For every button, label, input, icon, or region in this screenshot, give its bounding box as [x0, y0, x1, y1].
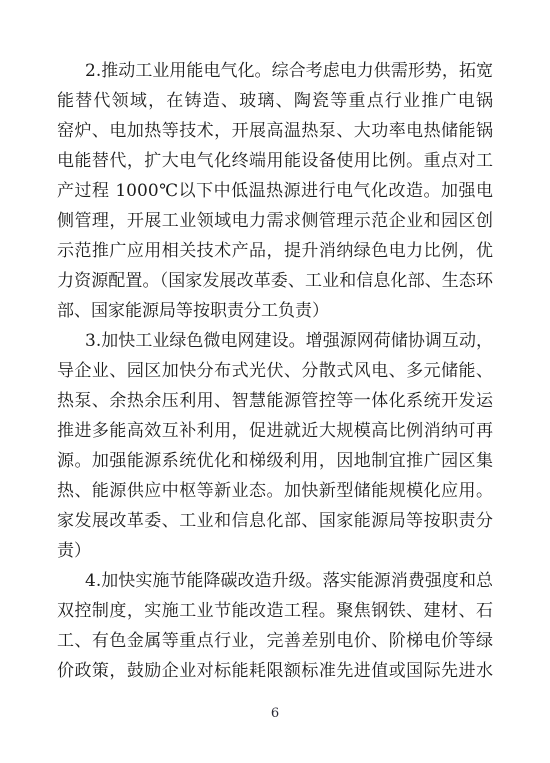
text-line: 电能替代，扩大电气化终端用能设备使用比例。重点对工业生 — [57, 146, 493, 176]
text-line: 热、能源供应中枢等新业态。加快新型储能规模化应用。（国 — [57, 476, 493, 506]
text-line: 窑炉、电加热等技术，开展高温热泵、大功率电热储能锅炉等 — [57, 116, 493, 146]
page-footer: 6 — [0, 702, 550, 723]
document-page: 2.推动工业用能电气化。综合考虑电力供需形势，拓宽电 能替代领域，在铸造、玻璃、… — [0, 0, 550, 763]
text-line: 源。加强能源系统优化和梯级利用，因地制宜推广园区集中供 — [57, 446, 493, 476]
text-line: 示范推广应用相关技术产品，提升消纳绿色电力比例，优化电 — [57, 236, 493, 266]
text-line: 双控制度，实施工业节能改造工程。聚焦钢铁、建材、石化化 — [57, 596, 493, 626]
paragraph-2-electrification: 2.推动工业用能电气化。综合考虑电力供需形势，拓宽电 能替代领域，在铸造、玻璃、… — [57, 56, 493, 326]
text-line: 责） — [57, 536, 493, 566]
paragraph-3-green-microgrid: 3.加快工业绿色微电网建设。增强源网荷储协调互动，引 导企业、园区加快分布式光伏… — [57, 326, 493, 566]
text-line: 推进多能高效互补利用，促进就近大规模高比例消纳可再生能 — [57, 416, 493, 446]
text-line: 热泵、余热余压利用、智慧能源管控等一体化系统开发运行， — [57, 386, 493, 416]
text-line: 产过程 1000℃以下中低温热源进行电气化改造。加强电力需求 — [57, 176, 493, 206]
text-line: 侧管理，开展工业领域电力需求侧管理示范企业和园区创建， — [57, 206, 493, 236]
text-line: 导企业、园区加快分布式光伏、分散式风电、多元储能、高效 — [57, 356, 493, 386]
document-text-block: 2.推动工业用能电气化。综合考虑电力供需形势，拓宽电 能替代领域，在铸造、玻璃、… — [57, 56, 493, 686]
text-line: 能替代领域，在铸造、玻璃、陶瓷等重点行业推广电锅炉、电 — [57, 86, 493, 116]
text-line: 4.加快实施节能降碳改造升级。落实能源消费强度和总量 — [57, 566, 493, 596]
text-line: 价政策，鼓励企业对标能耗限额标准先进值或国际先进水平， — [57, 656, 493, 686]
page-number: 6 — [271, 706, 279, 721]
text-line: 工、有色金属等重点行业，完善差别电价、阶梯电价等绿色电 — [57, 626, 493, 656]
text-line: 部、国家能源局等按职责分工负责） — [57, 296, 493, 326]
text-line: 3.加快工业绿色微电网建设。增强源网荷储协调互动，引 — [57, 326, 493, 356]
text-line: 力资源配置。（国家发展改革委、工业和信息化部、生态环境 — [57, 266, 493, 296]
text-line: 2.推动工业用能电气化。综合考虑电力供需形势，拓宽电 — [57, 56, 493, 86]
text-line: 家发展改革委、工业和信息化部、国家能源局等按职责分工负 — [57, 506, 493, 536]
paragraph-4-energy-saving-retrofit: 4.加快实施节能降碳改造升级。落实能源消费强度和总量 双控制度，实施工业节能改造… — [57, 566, 493, 686]
